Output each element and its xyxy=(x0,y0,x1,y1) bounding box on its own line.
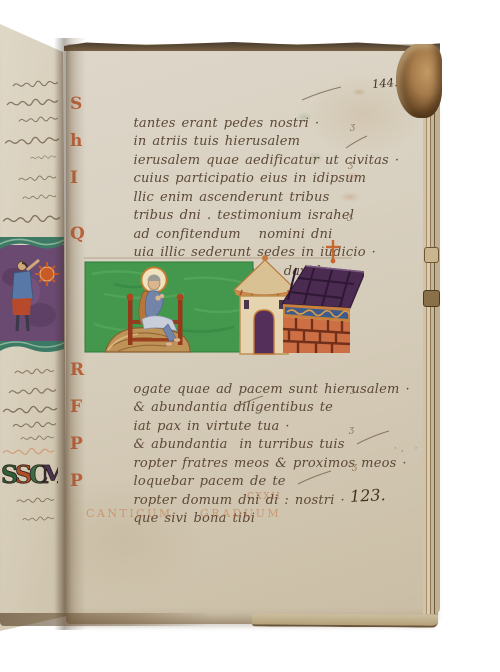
city-building xyxy=(282,266,364,353)
bottom-page-stack xyxy=(252,613,438,627)
text-line: ad confitendum nomini dni xyxy=(86,207,386,226)
marginal-dots: ·, · xyxy=(394,444,421,454)
text-line: cuius participatio eius in idipsum xyxy=(86,152,386,171)
gutter-shadow xyxy=(54,38,86,630)
verso-text-fragment xyxy=(8,386,56,397)
text-line: tribus dni . testimonium israhel xyxy=(86,189,386,208)
text-line: Stantes erant pedes nostri · xyxy=(86,96,386,115)
verso-text-fragment xyxy=(4,134,60,148)
text-line: Illic enim ascenderunt tribus xyxy=(86,170,386,189)
verso-text-fragment xyxy=(6,96,59,109)
edge-tab xyxy=(424,247,439,263)
verso-text-fragment xyxy=(18,115,58,125)
marginal-mark: ʒ xyxy=(347,212,352,222)
text-line: Propter fratres meos & proximos meos · xyxy=(86,436,386,455)
verso-text-fragment xyxy=(12,78,58,90)
text-line: & abundantia in turribus tuis xyxy=(86,418,386,437)
verso-text-fragment xyxy=(16,496,54,505)
verso-bottom-edge xyxy=(0,613,212,626)
text-line: loquebar pacem de te xyxy=(86,455,386,474)
rubric-canticum: CANTICUM xyxy=(86,507,173,520)
text-line: in atriis tuis hierusalem xyxy=(86,115,386,134)
cross-finial-icon xyxy=(326,240,340,263)
text-line: & abundantia diligentibus te xyxy=(86,381,386,400)
marginal-mark: ʒ xyxy=(350,385,355,395)
stain xyxy=(352,88,366,96)
verso-text-fragment xyxy=(2,404,57,417)
tower-door xyxy=(254,310,274,354)
verso-text-fragment xyxy=(30,154,56,161)
page-number: 144. xyxy=(371,75,398,91)
verso-text-fragment xyxy=(2,212,60,226)
text-line: Propter domum dni di : nostri · xyxy=(86,473,386,492)
verso-display-capitals: S S C M xyxy=(0,455,58,491)
verso-text-fragment xyxy=(12,420,56,430)
marginal-mark: ʒ xyxy=(348,160,353,170)
text-line: Rogate quae ad pacem sunt hierusalem · xyxy=(86,362,386,381)
psalm-text-lower: Rogate quae ad pacem sunt hierusalem · &… xyxy=(86,362,386,510)
text-line: hierusalem quae aedificatur ut civitas · xyxy=(86,133,386,152)
text-line: Fiat pax in virtute tua · xyxy=(86,399,386,418)
miniature-illustration xyxy=(84,234,364,358)
verso-text-fragment xyxy=(20,434,54,442)
marginal-mark: ʒ xyxy=(349,425,354,435)
verso-text-fragment xyxy=(22,515,54,523)
manuscript-photo: S S C M 144. 123. CXXII Stantes erant pe… xyxy=(0,0,500,672)
verso-text-fragment xyxy=(22,193,56,202)
edge-tab xyxy=(423,290,440,307)
verso-text-fragment xyxy=(14,367,54,376)
page-stack-fore-edge xyxy=(423,54,440,614)
verso-text-fragment xyxy=(18,174,56,184)
marginal-mark: ʒ xyxy=(352,462,357,472)
marginal-mark: ʒ xyxy=(350,122,355,132)
curled-corner xyxy=(396,44,442,118)
rubric-graduum: GRADUUM xyxy=(200,507,281,520)
